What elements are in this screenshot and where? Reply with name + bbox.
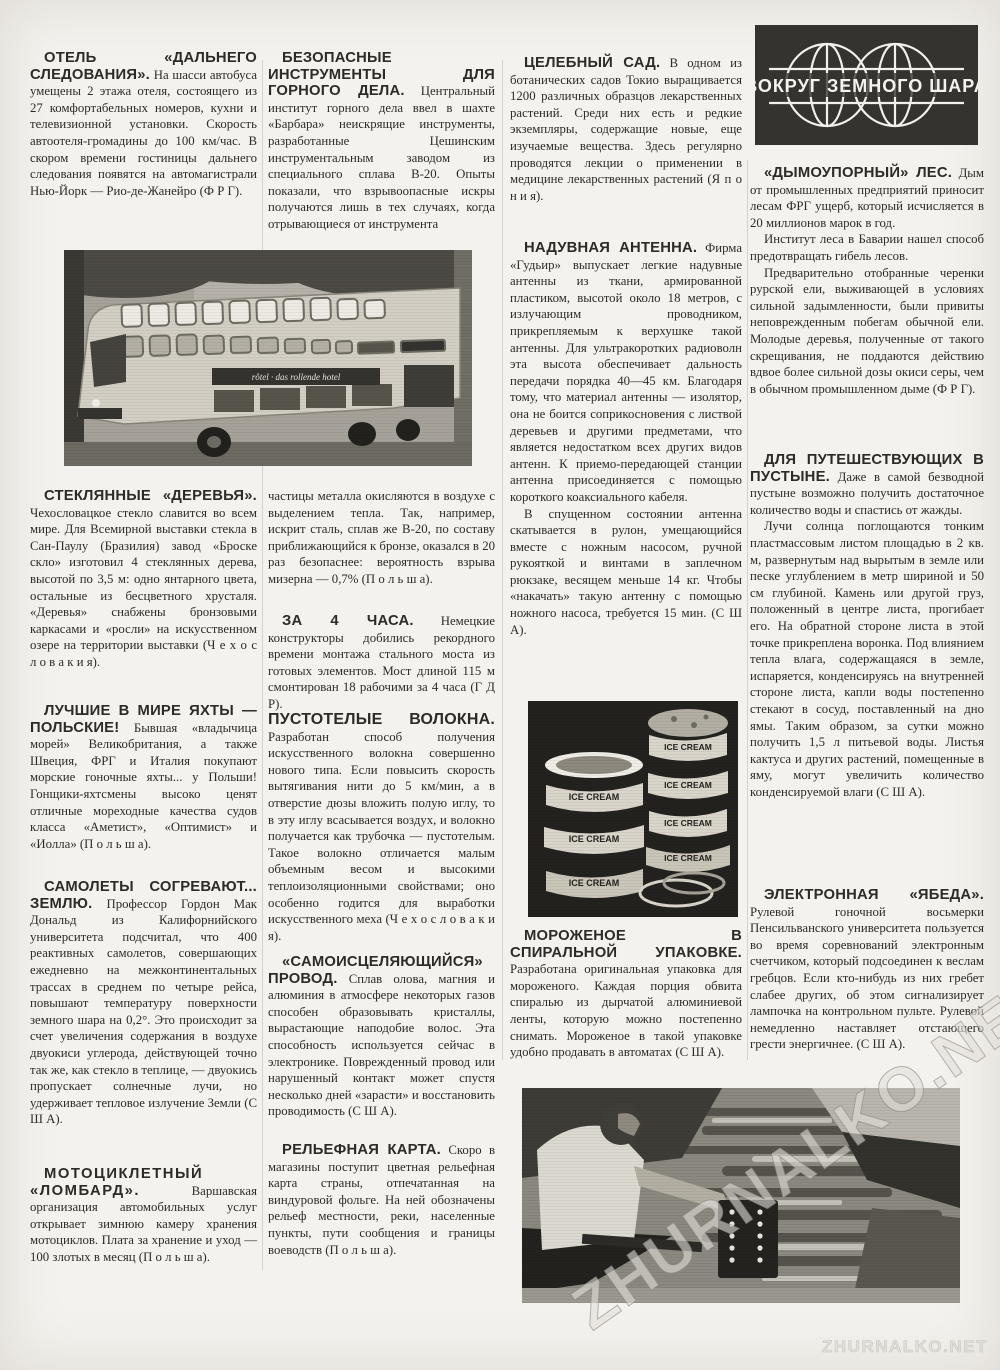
article-text: Разработан способ получения искусственно… [268, 730, 495, 943]
article-hotel: ОТЕЛЬ «ДАЛЬНЕГО СЛЕДОВАНИЯ». На шасси ав… [30, 50, 257, 199]
article-safe-mining-tools-continued: частицы металла окисляются в воздухе с в… [268, 488, 495, 588]
article-heading: ПУСТОТЕЛЫЕ ВОЛОКНА. [268, 711, 495, 728]
article-text: На шасси автобуса умещены 2 этажа отеля,… [30, 68, 257, 198]
article-paragraph: частицы металла окисляются в воздухе с в… [268, 488, 495, 588]
article-hollow-fibers: ПУСТОТЕЛЫЕ ВОЛОКНА. Разработан способ по… [268, 712, 495, 944]
ice-cream-band-label: ICE CREAM [664, 742, 712, 752]
ice-cream-band-label: ICE CREAM [569, 878, 620, 888]
article-heading: ЦЕЛЕБНЫЙ САД. [524, 55, 660, 71]
article-text: Профессор Гордон Мак Дональд из Калифорн… [30, 897, 257, 1127]
article-heading: «ДЫМОУПОРНЫЙ» ЛЕС. [764, 165, 952, 181]
article-paragraph: В спущенном состоянии антенна скатываетс… [510, 506, 742, 639]
ice-cream-band-label: ICE CREAM [569, 792, 620, 802]
column-rule [502, 60, 503, 1060]
article-planes-warm-earth: САМОЛЕТЫ СОГРЕВАЮТ... ЗЕМЛЮ. Профессор Г… [30, 879, 257, 1128]
article-electronic-snitch: ЭЛЕКТРОННАЯ «ЯБЕДА». Рулевой гоночной во… [750, 887, 984, 1053]
article-heading: ЗА 4 ЧАСА. [282, 613, 414, 629]
article-paragraph: БЕЗОПАСНЫЕ ИНСТРУМЕНТЫ ДЛЯ ГОРНОГО ДЕЛА.… [268, 50, 495, 233]
article-paragraph: СТЕКЛЯННЫЕ «ДЕРЕВЬЯ». Чехословацкое стек… [30, 488, 257, 671]
article-glass-trees: СТЕКЛЯННЫЕ «ДЕРЕВЬЯ». Чехословацкое стек… [30, 488, 257, 671]
article-inflatable-antenna: НАДУВНАЯ АНТЕННА. Фирма «Гудьир» выпуска… [510, 240, 742, 638]
article-healing-garden: ЦЕЛЕБНЫЙ САД. В одном из ботанических са… [510, 55, 742, 204]
column-rule [262, 60, 263, 1270]
watermark-corner: ZHURNALKO.NET [822, 1338, 988, 1355]
article-relief-map: РЕЛЬЕФНАЯ КАРТА. Скоро в магазины поступ… [268, 1142, 495, 1258]
article-paragraph: Лучи солнца поглощаются тонким пластмасс… [750, 518, 984, 800]
ice-cream-photo: ICE CREAM ICE CREAM ICE CREAM ICE CREAM … [528, 701, 738, 917]
article-paragraph: Институт леса в Баварии нашел способ пре… [750, 231, 984, 264]
article-smoke-proof-forest: «ДЫМОУПОРНЫЙ» ЛЕС. Дым от промышленных п… [750, 165, 984, 397]
article-paragraph: ЭЛЕКТРОННАЯ «ЯБЕДА». Рулевой гоночной во… [750, 887, 984, 1053]
article-paragraph: ПУСТОТЕЛЫЕ ВОЛОКНА. Разработан способ по… [268, 712, 495, 944]
article-paragraph: ЦЕЛЕБНЫЙ САД. В одном из ботанических са… [510, 55, 742, 204]
article-paragraph: САМОЛЕТЫ СОГРЕВАЮТ... ЗЕМЛЮ. Профессор Г… [30, 879, 257, 1128]
article-paragraph: МОТОЦИКЛЕТНЫЙ «ЛОМБАРД». Варшавская орга… [30, 1166, 257, 1266]
article-text: Центральный институт горного дела ввел в… [268, 84, 495, 231]
ice-cream-band-label: ICE CREAM [569, 834, 620, 844]
article-heading: МОТОЦИКЛЕТНЫЙ «ЛОМБАРД». [30, 1166, 203, 1199]
article-best-yachts: ЛУЧШИЕ В МИРЕ ЯХТЫ — ПОЛЬСКИЕ! Бывшая «в… [30, 703, 257, 852]
article-paragraph: ДЛЯ ПУТЕШЕСТВУЮЩИХ В ПУСТЫНЕ. Даже в сам… [750, 452, 984, 518]
ice-cream-band-label: ICE CREAM [664, 818, 712, 828]
bus-banner-text: rôtel · das rollende hotel [252, 372, 341, 382]
article-paragraph: НАДУВНАЯ АНТЕННА. Фирма «Гудьир» выпуска… [510, 240, 742, 506]
article-heading: МОРОЖЕНОЕ В СПИРАЛЬНОЙ УПАКОВКЕ. [510, 928, 742, 961]
article-paragraph: МОРОЖЕНОЕ В СПИРАЛЬНОЙ УПАКОВКЕ. Разрабо… [510, 928, 742, 1061]
article-self-healing-wire: «САМОИСЦЕЛЯЮЩИЙСЯ» ПРОВОД. Сплав олова, … [268, 954, 495, 1120]
article-text: В одном из ботанических садов Токио выра… [510, 56, 742, 203]
rowing-photo [522, 1088, 960, 1303]
article-text: Рулевой гоночной восьмерки Пенсильванско… [750, 905, 984, 1052]
article-motorcycle-pawnshop: МОТОЦИКЛЕТНЫЙ «ЛОМБАРД». Варшавская орга… [30, 1166, 257, 1266]
article-paragraph: «САМОИСЦЕЛЯЮЩИЙСЯ» ПРОВОД. Сплав олова, … [268, 954, 495, 1120]
ice-cream-band-label: ICE CREAM [664, 780, 712, 790]
magazine-page: ОТЕЛЬ «ДАЛЬНЕГО СЛЕДОВАНИЯ». На шасси ав… [0, 0, 1000, 1370]
article-heading: ЭЛЕКТРОННАЯ «ЯБЕДА». [764, 887, 984, 903]
article-paragraph: ОТЕЛЬ «ДАЛЬНЕГО СЛЕДОВАНИЯ». На шасси ав… [30, 50, 257, 199]
globe-icon: ВОКРУГ ЗЕМНОГО ШАРА [755, 25, 978, 145]
article-heading: РЕЛЬЕФНАЯ КАРТА. [282, 1142, 441, 1158]
article-text: Фирма «Гудьир» выпускает легкие надувные… [510, 241, 742, 504]
article-paragraph: Предварительно отобранные черенки рурско… [750, 265, 984, 398]
ice-cream-band-label: ICE CREAM [664, 853, 712, 863]
article-text: Сплав олова, магния и алюминия в атмосфе… [268, 972, 495, 1119]
article-text: Скоро в магазины поступит цветная рельеф… [268, 1143, 495, 1257]
article-text: Бывшая «владычица морей» Великобритания,… [30, 721, 257, 851]
article-heading: СТЕКЛЯННЫЕ «ДЕРЕВЬЯ». [44, 488, 257, 504]
article-paragraph: «ДЫМОУПОРНЫЙ» ЛЕС. Дым от промышленных п… [750, 165, 984, 231]
bus-photo: rôtel · das rollende hotel [64, 250, 472, 466]
article-paragraph: ЛУЧШИЕ В МИРЕ ЯХТЫ — ПОЛЬСКИЕ! Бывшая «в… [30, 703, 257, 852]
article-heading: НАДУВНАЯ АНТЕННА. [524, 240, 697, 256]
article-paragraph: РЕЛЬЕФНАЯ КАРТА. Скоро в магазины поступ… [268, 1142, 495, 1258]
article-text: Чехословацкое стекло славится во всем ми… [30, 506, 257, 669]
article-desert-travelers: ДЛЯ ПУТЕШЕСТВУЮЩИХ В ПУСТЫНЕ. Даже в сам… [750, 452, 984, 800]
article-spiral-ice-cream: МОРОЖЕНОЕ В СПИРАЛЬНОЙ УПАКОВКЕ. Разрабо… [510, 928, 742, 1061]
article-paragraph: ЗА 4 ЧАСА. Немецкие конструкторы добилис… [268, 613, 495, 713]
article-in-4-hours: ЗА 4 ЧАСА. Немецкие конструкторы добилис… [268, 613, 495, 713]
article-text: Разработана оригинальная упаковка для мо… [510, 962, 742, 1059]
article-safe-mining-tools: БЕЗОПАСНЫЕ ИНСТРУМЕНТЫ ДЛЯ ГОРНОГО ДЕЛА.… [268, 50, 495, 233]
rubric-title: ВОКРУГ ЗЕМНОГО ШАРА [755, 76, 978, 96]
column-rule [747, 160, 748, 1060]
rubric-logo: ВОКРУГ ЗЕМНОГО ШАРА [755, 25, 978, 145]
